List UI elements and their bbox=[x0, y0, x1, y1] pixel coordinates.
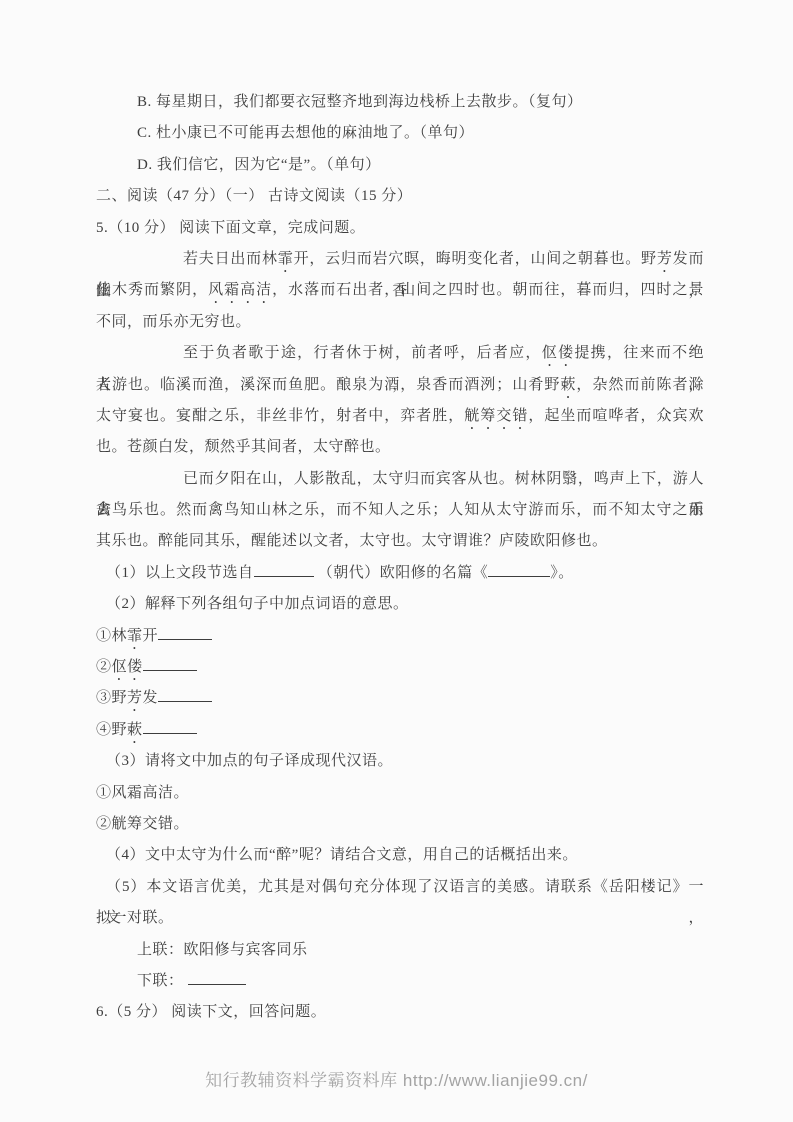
text-run: ，水落而石出者，山间之四时也。朝而往，暮而归，四时之景 bbox=[272, 282, 704, 298]
passage-p2-line3: 太守宴也。宴酣之乐，非丝非竹，射者中，弈者胜，觥筹交错，起坐而喧哗者，众宾欢 bbox=[96, 401, 704, 432]
text-run: 二、阅读（47 分）（一） 古诗文阅读（15 分） bbox=[96, 188, 412, 204]
text-run: ，起坐而喧哗者，众宾欢 bbox=[528, 408, 704, 424]
emphasized-text: 霏 bbox=[127, 628, 143, 644]
passage-p3-line2: 禽鸟乐也。然而禽鸟知山林之乐，而不知人之乐；人知从太守游而乐，而不知太守之乐 bbox=[96, 495, 704, 526]
document-lines: B. 每星期日，我们都要衣冠整齐地到海边栈桥上去散步。（复句）C. 杜小康已不可… bbox=[96, 87, 704, 1029]
emphasized-text: 芳 bbox=[127, 690, 143, 706]
word-item-2: ②伛偻 bbox=[96, 652, 704, 683]
text-run: ④野 bbox=[96, 722, 127, 738]
passage-p2-line2: 人游也。临溪而渔，溪深而鱼肥。酿泉为酒，泉香而酒洌；山肴野蔌，杂然而前陈者， bbox=[96, 370, 704, 401]
text-run: 至于负者歌于途，行者休于树，前者呼，后者应， bbox=[183, 345, 542, 361]
text-run: ② bbox=[96, 659, 112, 675]
text-run: 开，云归而岩穴暝，晦明变化者，山间之朝暮也。野 bbox=[294, 251, 657, 267]
text-run: （5）本文语言优美，尤其是对偶句充分体现了汉语言的美感。请联系《岳阳楼记》一文， bbox=[106, 879, 704, 926]
text-run: 开 bbox=[143, 628, 159, 644]
text-run: 人游也。临溪而渔，溪深而鱼肥。酿泉为酒，泉香而酒洌；山肴野 bbox=[96, 377, 560, 393]
word-item-4: ④野蔌 bbox=[96, 715, 704, 746]
text-run: C. 杜小康已不可能再去想他的麻油地了。（单句） bbox=[137, 125, 474, 141]
translate-item-1: ①风霜高洁。 bbox=[96, 778, 704, 809]
answer-blank bbox=[254, 562, 314, 577]
text-run: ①林 bbox=[96, 628, 127, 644]
option-b: B. 每星期日，我们都要衣冠整齐地到海边栈桥上去散步。（复句） bbox=[96, 87, 704, 118]
emphasized-text: 伛偻 bbox=[112, 659, 143, 675]
text-run: 太守宴也。宴酣之乐，非丝非竹，射者中，弈者胜， bbox=[96, 408, 464, 424]
option-d: D. 我们信它，因为它“是”。（单句） bbox=[96, 150, 704, 181]
passage-p3-line3: 其乐也。醉能同其乐，醒能述以文者，太守也。太守谓谁？庐陵欧阳修也。 bbox=[96, 526, 704, 557]
sub-question-1: （1）以上文段节选自 （朝代）欧阳修的名篇《》。 bbox=[96, 558, 704, 589]
text-run: 下联： bbox=[137, 973, 188, 989]
couplet-second-line: 下联： bbox=[96, 966, 704, 997]
emphasized-text: 风霜高洁 bbox=[208, 282, 272, 298]
option-c: C. 杜小康已不可能再去想他的麻油地了。（单句） bbox=[96, 118, 704, 149]
text-run: 也。苍颜白发，颓然乎其间者，太守醉也。 bbox=[96, 439, 391, 455]
text-run: ①风霜高洁。 bbox=[96, 785, 189, 801]
passage-p3-line1: 已而夕阳在山，人影散乱，太守归而宾客从也。树林阴翳，鸣声上下，游人去而 bbox=[96, 464, 704, 495]
answer-blank bbox=[143, 656, 197, 671]
text-run: D. 我们信它，因为它“是”。（单句） bbox=[137, 157, 381, 173]
emphasized-text: 霏 bbox=[278, 251, 294, 267]
text-run: ③野 bbox=[96, 690, 127, 706]
text-run: 佳木秀而繁阴， bbox=[96, 282, 208, 298]
footer-watermark-text: 知行教辅资料学霸资料库 http://www.lianjie99.cn/ bbox=[205, 1071, 588, 1090]
sub-question-4: （4）文中太守为什么而“醉”呢？请结合文意，用自己的话概括出来。 bbox=[96, 840, 704, 871]
text-run: B. 每星期日，我们都要衣冠整齐地到海边栈桥上去散步。（复句） bbox=[137, 94, 583, 110]
passage-p2-line4: 也。苍颜白发，颓然乎其间者，太守醉也。 bbox=[96, 432, 704, 463]
text-run: 6.（5 分） 阅读下文，回答问题。 bbox=[96, 1004, 326, 1020]
text-run: （4）文中太守为什么而“醉”呢？请结合文意，用自己的话概括出来。 bbox=[106, 847, 578, 863]
text-run: （朝代）欧阳修的名篇《 bbox=[314, 565, 489, 581]
exam-paper-page: B. 每星期日，我们都要衣冠整齐地到海边栈桥上去散步。（复句）C. 杜小康已不可… bbox=[0, 0, 793, 1122]
passage-p2-line1: 至于负者歌于途，行者休于树，前者呼，后者应，伛偻提携，往来而不绝者，滁 bbox=[96, 338, 704, 369]
passage-p1-line3: 不同，而乐亦无穷也。 bbox=[96, 307, 704, 338]
couplet-first-line: 上联：欧阳修与宾客同乐 bbox=[96, 935, 704, 966]
text-run: 拟一对联。 bbox=[96, 910, 174, 926]
text-run: ，杂然而前陈者， bbox=[576, 377, 704, 393]
text-run: 5.（10 分） 阅读下面文章，完成问题。 bbox=[96, 220, 365, 236]
text-run: 发 bbox=[143, 690, 159, 706]
answer-blank bbox=[488, 562, 550, 577]
sub-question-5-line1: （5）本文语言优美，尤其是对偶句充分体现了汉语言的美感。请联系《岳阳楼记》一文， bbox=[96, 872, 704, 903]
word-item-1: ①林霏开 bbox=[96, 621, 704, 652]
answer-blank bbox=[158, 687, 212, 702]
answer-blank bbox=[188, 970, 246, 985]
text-run: 》。 bbox=[550, 565, 574, 581]
question-5-stem: 5.（10 分） 阅读下面文章，完成问题。 bbox=[96, 213, 704, 244]
answer-blank bbox=[143, 719, 197, 734]
text-run: ②觥筹交错。 bbox=[96, 816, 189, 832]
translate-item-2: ②觥筹交错。 bbox=[96, 809, 704, 840]
sub-question-2: （2）解释下列各组句子中加点词语的意思。 bbox=[96, 589, 704, 620]
page-footer: 知行教辅资料学霸资料库 http://www.lianjie99.cn/ bbox=[0, 1066, 793, 1091]
emphasized-text: 觥筹交错 bbox=[464, 408, 528, 424]
word-item-3: ③野芳发 bbox=[96, 683, 704, 714]
text-run: 不同，而乐亦无穷也。 bbox=[96, 314, 251, 330]
text-run: 其乐也。醉能同其乐，醒能述以文者，太守也。太守谓谁？庐陵欧阳修也。 bbox=[96, 533, 608, 549]
passage-p1-line2: 佳木秀而繁阴，风霜高洁，水落而石出者，山间之四时也。朝而往，暮而归，四时之景 bbox=[96, 275, 704, 306]
sub-question-3: （3）请将文中加点的句子译成现代汉语。 bbox=[96, 746, 704, 777]
text-run: （3）请将文中加点的句子译成现代汉语。 bbox=[106, 753, 393, 769]
emphasized-text: 蔌 bbox=[127, 722, 143, 738]
answer-blank bbox=[158, 625, 212, 640]
section-heading: 二、阅读（47 分）（一） 古诗文阅读（15 分） bbox=[96, 181, 704, 212]
text-run: （1）以上文段节选自 bbox=[106, 565, 254, 581]
text-run: 禽鸟乐也。然而禽鸟知山林之乐，而不知人之乐；人知从太守游而乐，而不知太守之乐 bbox=[96, 502, 704, 518]
emphasized-text: 蔌 bbox=[560, 377, 576, 393]
emphasized-text: 伛偻 bbox=[542, 345, 575, 361]
text-run: 上联：欧阳修与宾客同乐 bbox=[137, 942, 308, 958]
passage-p1-line1: 若夫日出而林霏开，云归而岩穴暝，晦明变化者，山间之朝暮也。野芳发而幽香， bbox=[96, 244, 704, 275]
question-6-stem: 6.（5 分） 阅读下文，回答问题。 bbox=[96, 997, 704, 1028]
emphasized-text: 芳 bbox=[657, 251, 673, 267]
text-run: 若夫日出而林 bbox=[183, 251, 278, 267]
text-run: （2）解释下列各组句子中加点词语的意思。 bbox=[106, 596, 409, 612]
